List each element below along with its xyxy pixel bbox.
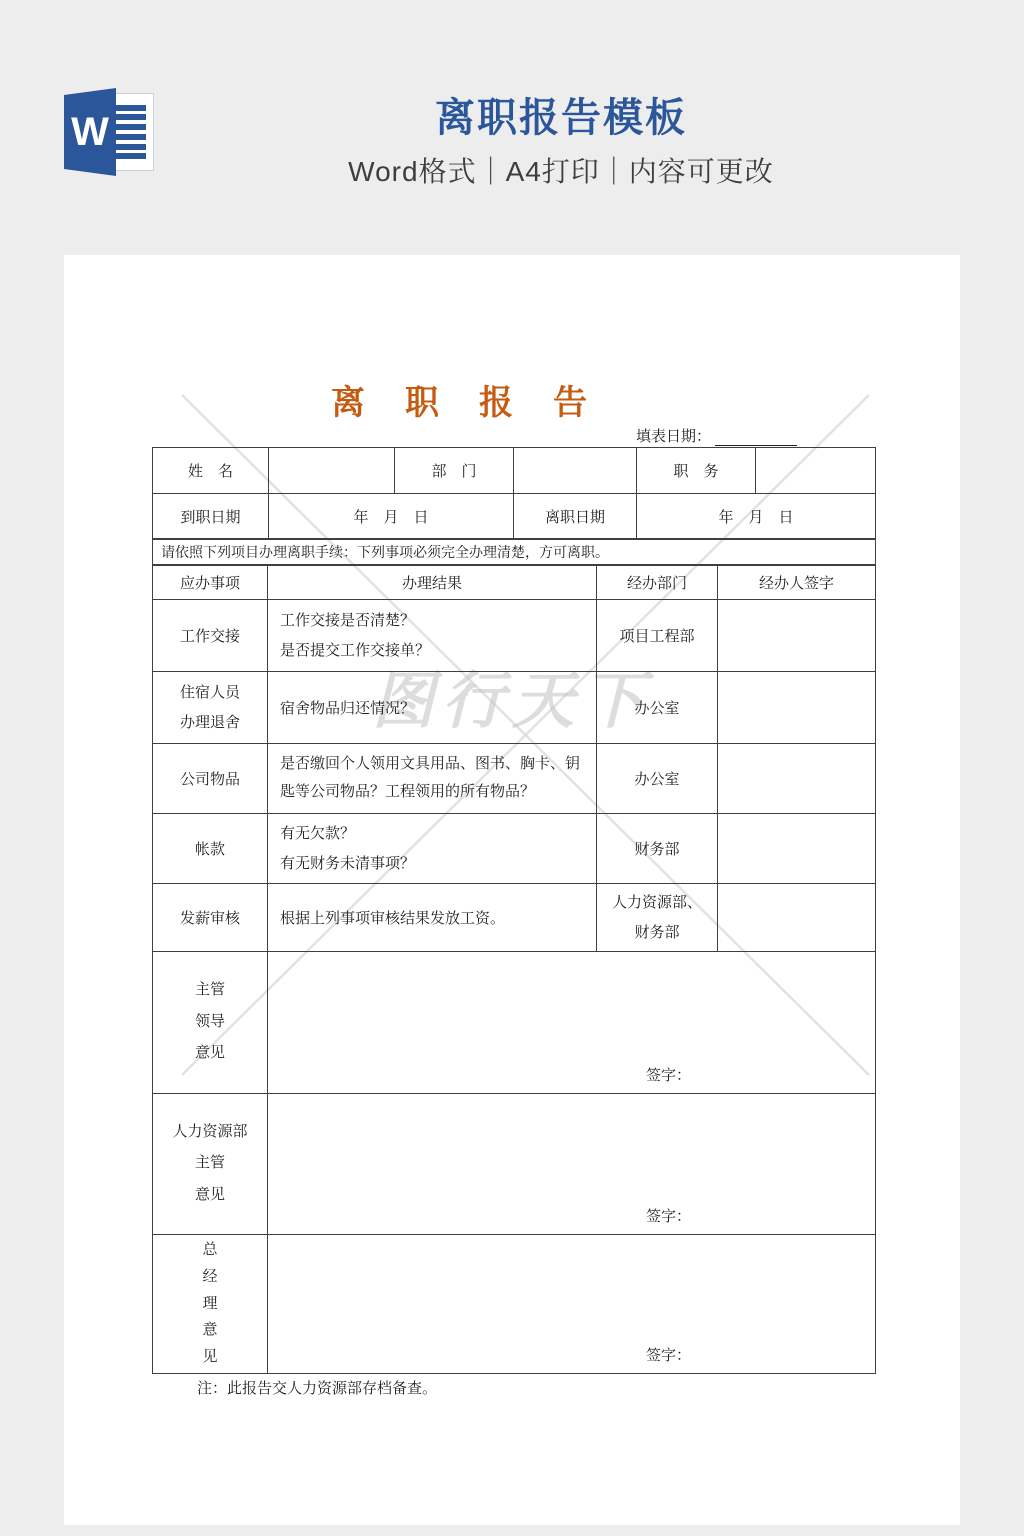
col-header-result: 办理结果 [268,566,597,599]
resignation-table: 姓 名 部 门 职 务 到职日期 年 月 日 离职日期 年 月 日 请依照下列项… [152,447,876,1374]
item-name-cell: 住宿人员 办理退舍 [153,672,268,743]
col-header-item: 应办事项 [153,566,268,599]
opinion-row-general-manager: 总 经 理 意 见 签字： [153,1234,875,1373]
document-page: 图行天下 离职报告 填表日期： 姓 名 部 门 职 务 到职日期 年 月 日 离… [64,255,960,1525]
page-background: { "header": { "title": "离职报告模板", "subtit… [0,0,1024,1536]
table-row-company-items: 公司物品 是否缴回个人领用文具用品、图书、胸卡、钥匙等公司物品？工程领用的所有物… [153,743,875,813]
sign-label: 签字： [646,1205,691,1226]
sign-cell [718,884,875,951]
result-cell: 是否缴回个人领用文具用品、图书、胸卡、钥匙等公司物品？工程领用的所有物品？ [268,744,597,813]
item-name-cell: 发薪审核 [153,884,268,951]
fill-date: 填表日期： [636,425,797,446]
item-name-cell: 工作交接 [153,600,268,671]
result-cell: 宿舍物品归还情况？ [268,672,597,743]
fill-date-label: 填表日期： [636,425,711,446]
item-name-cell: 公司物品 [153,744,268,813]
opinion-content-cell: 签字： [268,952,875,1093]
dept-cell: 人力资源部、 财务部 [597,884,718,951]
sign-cell [718,814,875,883]
dept-cell: 办公室 [597,672,718,743]
column-header-row: 应办事项 办理结果 经办部门 经办人签字 [153,566,875,599]
result-cell: 根据上列事项审核结果发放工资。 [268,884,597,951]
opinion-content-cell: 签字： [268,1235,875,1373]
table-row-dormitory: 住宿人员 办理退舍 宿舍物品归还情况？ 办公室 [153,671,875,743]
result-cell: 有无欠款？ 有无财务未清事项？ [268,814,597,883]
notice-row: 请依照下列项目办理离职手续：下列事项必须完全办理清楚，方可离职。 [153,538,875,566]
opinion-row-hr: 人力资源部 主管 意见 签字： [153,1093,875,1234]
app-header: W 离职报告模板 Word格式｜A4打印｜内容可更改 [0,0,1024,255]
dept-label-cell: 部 门 [395,448,514,493]
dept-cell: 财务部 [597,814,718,883]
opinion-label-cell: 人力资源部 主管 意见 [153,1094,268,1234]
start-date-label-cell: 到职日期 [153,494,269,538]
dept-cell: 办公室 [597,744,718,813]
name-label-cell: 姓 名 [153,448,269,493]
sign-cell [718,600,875,671]
sign-cell [718,672,875,743]
position-value-cell [756,448,875,493]
name-value-cell [269,448,395,493]
table-row-payroll: 发薪审核 根据上列事项审核结果发放工资。 人力资源部、 财务部 [153,883,875,951]
result-cell: 工作交接是否清楚？ 是否提交工作交接单？ [268,600,597,671]
col-header-sign: 经办人签字 [718,566,875,599]
leave-date-value-cell: 年 月 日 [637,494,875,538]
leave-date-label-cell: 离职日期 [514,494,637,538]
table-footnote: 注：此报告交人力资源部存档备查。 [197,1377,437,1398]
opinion-content-cell: 签字： [268,1094,875,1234]
opinion-row-supervisor: 主管 领导 意见 签字： [153,951,875,1093]
table-row-work-handover: 工作交接 工作交接是否清楚？ 是否提交工作交接单？ 项目工程部 [153,599,875,671]
opinion-label-cell: 主管 领导 意见 [153,952,268,1093]
item-name-cell: 帐款 [153,814,268,883]
col-header-dept: 经办部门 [597,566,718,599]
opinion-label-cell: 总 经 理 意 见 [153,1235,268,1373]
info-row-1: 姓 名 部 门 职 务 [153,448,875,493]
template-title: 离职报告模板 [0,86,1024,143]
sign-cell [718,744,875,813]
info-row-2: 到职日期 年 月 日 离职日期 年 月 日 [153,493,875,538]
notice-text: 请依照下列项目办理离职手续：下列事项必须完全办理清楚，方可离职。 [153,540,875,564]
doc-title: 离职报告 [64,375,894,424]
fill-date-blank [715,430,797,446]
sign-label: 签字： [646,1064,691,1085]
start-date-value-cell: 年 月 日 [269,494,514,538]
dept-value-cell [514,448,637,493]
template-subtitle: Word格式｜A4打印｜内容可更改 [0,150,1024,190]
position-label-cell: 职 务 [637,448,756,493]
table-row-accounts: 帐款 有无欠款？ 有无财务未清事项？ 财务部 [153,813,875,883]
dept-cell: 项目工程部 [597,600,718,671]
sign-label: 签字： [646,1344,691,1365]
